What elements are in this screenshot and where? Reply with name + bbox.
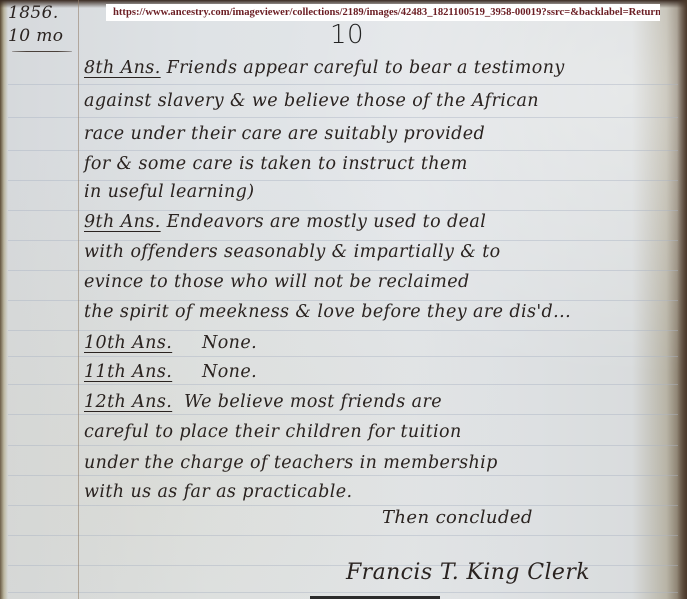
ruled-line xyxy=(8,330,678,331)
ruled-line xyxy=(8,445,678,446)
text-line: 11th Ans. None. xyxy=(84,362,257,382)
line-text: None. xyxy=(172,362,257,382)
answer-label: 9th Ans. xyxy=(84,212,161,232)
ruled-line xyxy=(8,535,678,536)
ruled-line xyxy=(8,210,678,211)
text-line: for & some care is taken to instruct the… xyxy=(84,154,468,174)
text-line: 9th Ans. Endeavors are mostly used to de… xyxy=(84,212,486,232)
line-text: against slavery & we believe those of th… xyxy=(84,91,539,111)
ruled-line xyxy=(8,300,678,301)
line-text: with us as far as practicable. xyxy=(84,482,352,502)
ruled-line xyxy=(8,180,678,181)
text-line: with us as far as practicable. xyxy=(84,482,352,502)
ruled-line xyxy=(8,84,678,85)
ruled-line xyxy=(8,384,678,385)
line-text: careful to place their children for tuit… xyxy=(84,422,462,442)
margin-month: 10 mo xyxy=(8,26,63,46)
text-line: in useful learning) xyxy=(84,182,254,202)
text-line: evince to those who will not be reclaime… xyxy=(84,272,470,292)
text-line: 12th Ans. We believe most friends are xyxy=(84,392,442,412)
ruled-line xyxy=(8,505,678,506)
ruled-line xyxy=(8,240,678,241)
margin-line xyxy=(78,0,79,599)
ruled-line xyxy=(8,414,678,415)
document-image-viewer: 1856. 10 mo https://www.ancestry.com/ima… xyxy=(0,0,687,599)
text-line: 8th Ans. Friends appear careful to bear … xyxy=(84,58,565,78)
page-right-edge xyxy=(677,0,687,599)
page-number: 10 xyxy=(330,20,364,50)
line-text: the spirit of meekness & love before the… xyxy=(84,302,571,322)
text-line: the spirit of meekness & love before the… xyxy=(84,302,571,322)
text-line: race under their care are suitably provi… xyxy=(84,124,485,144)
answer-label: 12th Ans. xyxy=(84,392,172,412)
answer-label: 8th Ans. xyxy=(84,58,161,78)
text-line: careful to place their children for tuit… xyxy=(84,422,462,442)
line-text: Endeavors are mostly used to deal xyxy=(161,212,487,232)
clerk-signature: Francis T. King Clerk xyxy=(346,560,590,585)
line-text: with offenders seasonably & impartially … xyxy=(84,242,501,262)
source-url-banner[interactable]: https://www.ancestry.com/imageviewer/col… xyxy=(106,4,660,21)
line-text: Friends appear careful to bear a testimo… xyxy=(161,58,565,78)
ruled-line xyxy=(8,117,678,118)
ruled-line xyxy=(8,150,678,151)
line-text: in useful learning) xyxy=(84,182,254,202)
closing-line: Then concluded xyxy=(382,507,533,528)
line-text: under the charge of teachers in membersh… xyxy=(84,453,498,473)
ruled-line xyxy=(8,592,678,593)
line-text: race under their care are suitably provi… xyxy=(84,124,485,144)
margin-underline xyxy=(12,50,72,52)
answer-label: 10th Ans. xyxy=(84,333,172,353)
ruled-line xyxy=(8,475,678,476)
text-line: with offenders seasonably & impartially … xyxy=(84,242,501,262)
ruled-line xyxy=(8,270,678,271)
answer-label: 11th Ans. xyxy=(84,362,172,382)
text-line: under the charge of teachers in membersh… xyxy=(84,453,498,473)
text-line: 10th Ans. None. xyxy=(84,333,257,353)
line-text: We believe most friends are xyxy=(172,392,442,412)
line-text: evince to those who will not be reclaime… xyxy=(84,272,470,292)
line-text: for & some care is taken to instruct the… xyxy=(84,154,468,174)
ruled-line xyxy=(8,356,678,357)
text-line: against slavery & we believe those of th… xyxy=(84,91,539,111)
line-text: None. xyxy=(172,333,257,353)
margin-year: 1856. xyxy=(8,3,59,23)
